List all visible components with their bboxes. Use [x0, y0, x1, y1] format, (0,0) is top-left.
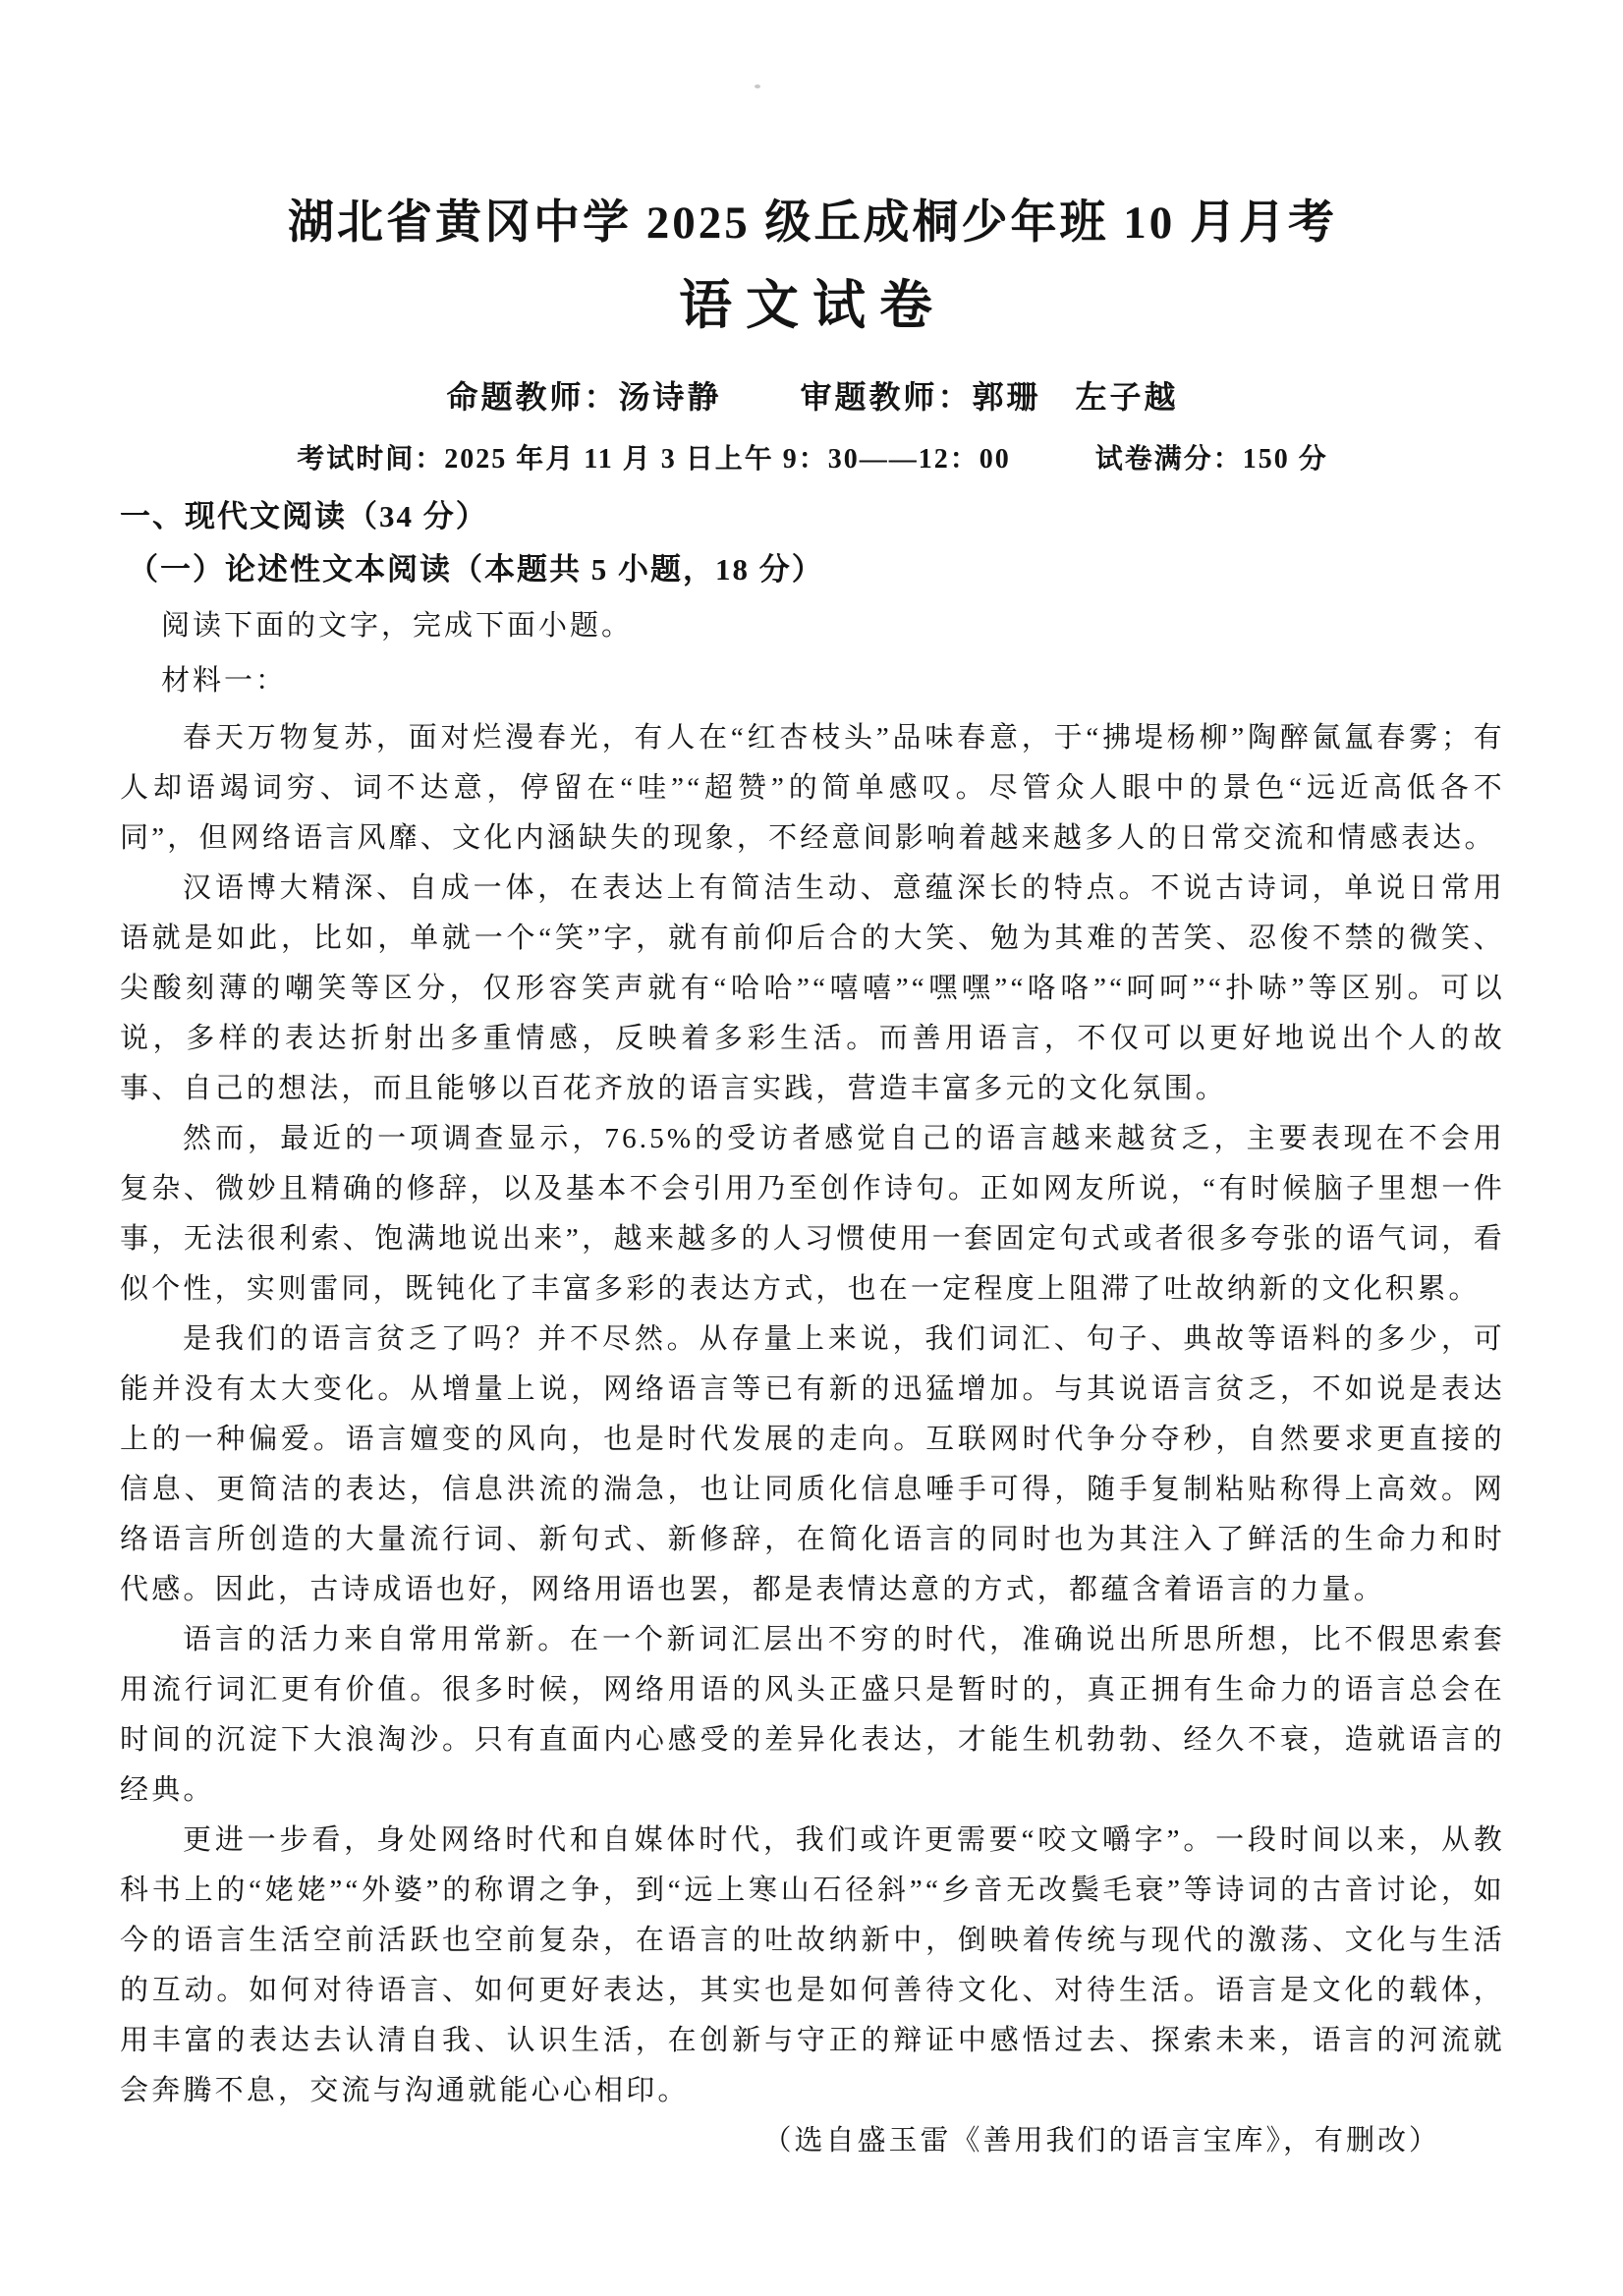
material-paragraph-3: 然而，最近的一项调查显示，76.5%的受访者感觉自己的语言越来越贫乏，主要表现在… [120, 1114, 1505, 1315]
setter-teacher: 命题教师：汤诗静 [446, 377, 721, 417]
material-paragraph-2: 汉语博大精深、自成一体，在表达上有简洁生动、意蕴深长的特点。不说古诗词，单说日常… [120, 864, 1505, 1114]
teachers-line: 命题教师：汤诗静 审题教师：郭珊 左子越 [120, 377, 1505, 417]
material-paragraph-4: 是我们的语言贫乏了吗？并不尽然。从存量上来说，我们词汇、句子、典故等语料的多少，… [120, 1315, 1505, 1615]
reading-instruction: 阅读下面的文字，完成下面小题。 [120, 605, 1505, 646]
exam-info-line: 考试时间：2025 年月 11 月 3 日上午 9：30——12：00 试卷满分… [120, 442, 1505, 477]
subsection-heading-argumentative-reading: （一）论述性文本阅读（本题共 5 小题，18 分） [120, 550, 1505, 589]
full-score: 试卷满分：150 分 [1095, 442, 1328, 477]
paper-subject-title: 语文试卷 [120, 275, 1505, 336]
reviewer-teachers: 审题教师：郭珊 左子越 [801, 377, 1179, 417]
exam-time: 考试时间：2025 年月 11 月 3 日上午 9：30——12：00 [297, 442, 1010, 477]
material-paragraph-6: 更进一步看，身处网络时代和自媒体时代，我们或许更需要“咬文嚼字”。一段时间以来，… [120, 1816, 1505, 2116]
material-paragraph-1: 春天万物复苏，面对烂漫春光，有人在“红杏枝头”品味春意，于“拂堤杨柳”陶醉氤氲春… [120, 713, 1505, 864]
material-paragraph-5: 语言的活力来自常用常新。在一个新词汇层出不穷的时代，准确说出所思所想，比不假思索… [120, 1615, 1505, 1816]
exam-paper-page: 湖北省黄冈中学 2025 级丘成桐少年班 10 月月考 语文试卷 命题教师：汤诗… [0, 0, 1623, 2296]
source-attribution: （选自盛玉雷《善用我们的语言宝库》，有删改） [120, 2116, 1505, 2166]
exam-title: 湖北省黄冈中学 2025 级丘成桐少年班 10 月月考 [120, 0, 1505, 250]
stray-mark [755, 84, 760, 88]
section-heading-modern-text-reading: 一、现代文阅读（34 分） [120, 497, 1505, 536]
material-one-label: 材料一： [120, 660, 1505, 701]
